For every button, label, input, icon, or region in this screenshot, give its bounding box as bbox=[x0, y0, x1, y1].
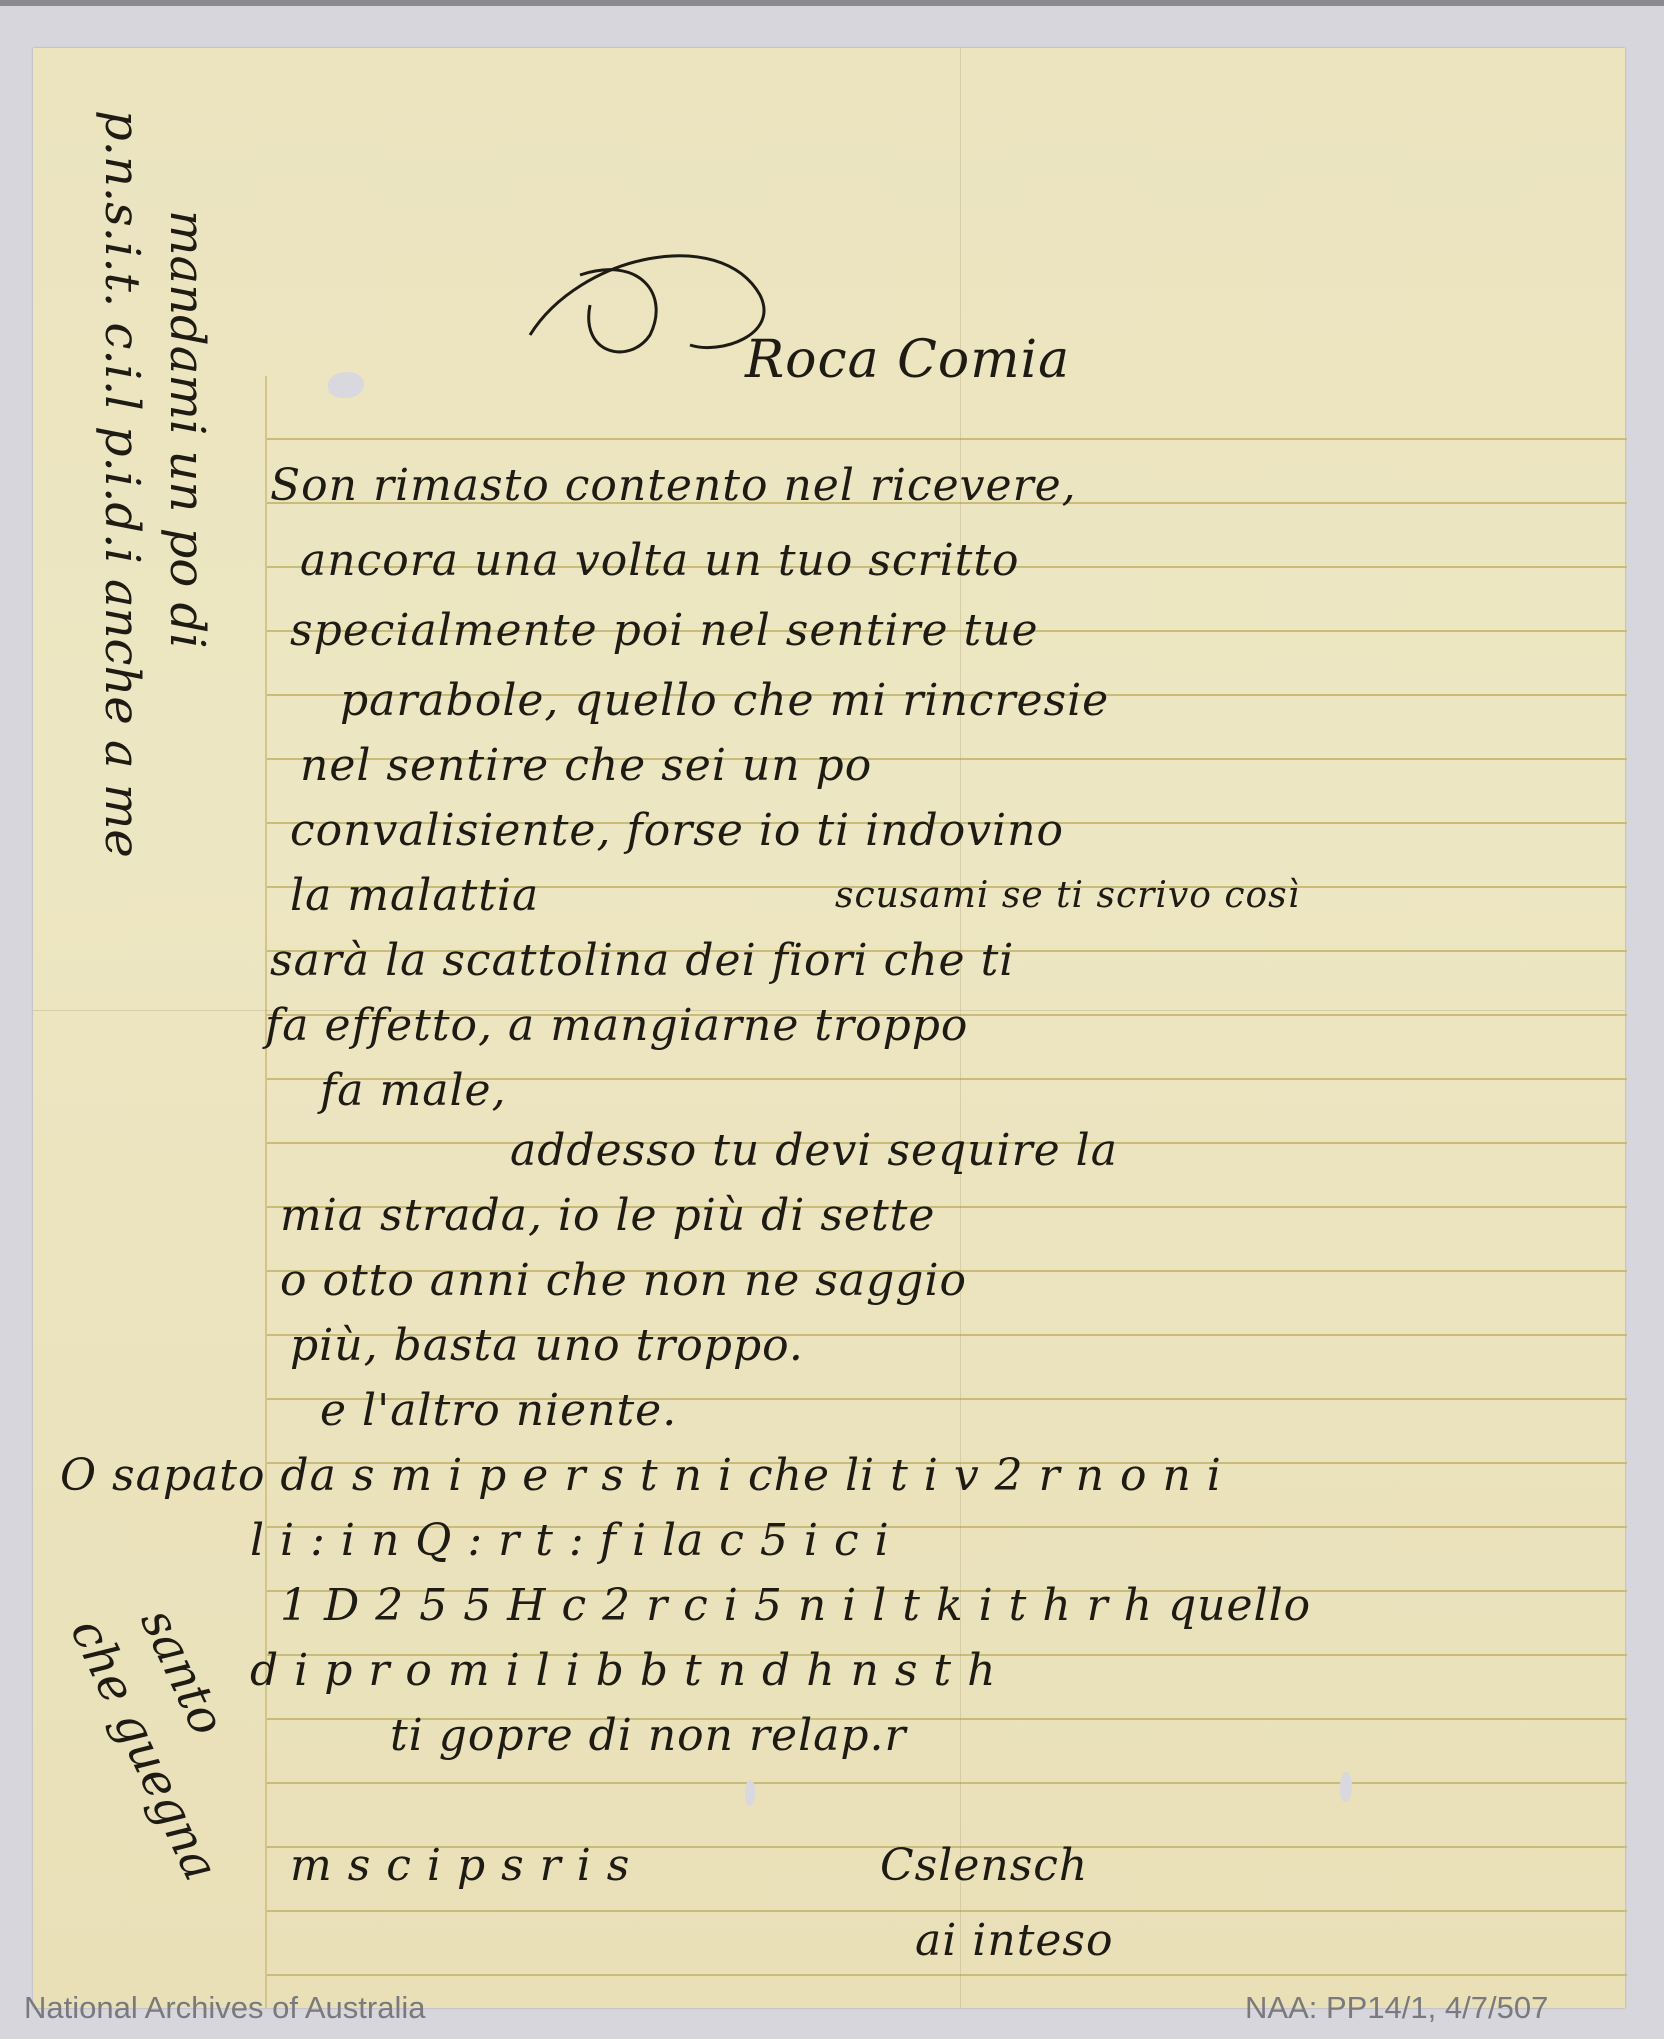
letter-line: O sapato da s m i p e r s t n i che li t… bbox=[60, 1450, 1222, 1501]
letter-line: 1 D 2 5 5 H c 2 r c i 5 n i l t k i t h … bbox=[280, 1580, 1311, 1631]
paper-hole bbox=[1340, 1772, 1352, 1802]
letter-line: o otto anni che non ne saggio bbox=[280, 1255, 967, 1306]
archive-reference: NAA: PP14/1, 4/7/507 bbox=[1245, 1990, 1548, 2026]
letter-heading: Roca Comia bbox=[745, 330, 1070, 390]
letter-line: Son rimasto contento nel ricevere, bbox=[270, 460, 1077, 511]
letter-line: più, basta uno troppo. bbox=[290, 1320, 804, 1371]
letter-line: fa effetto, a mangiarne troppo bbox=[265, 1000, 968, 1051]
letter-line: d i p r o m i l i b b t n d h n s t h bbox=[250, 1645, 996, 1696]
interlinear-note: scusami se ti scrivo così bbox=[835, 875, 1300, 916]
letter-line: specialmente poi nel sentire tue bbox=[290, 605, 1039, 656]
letter-line: mia strada, io le più di sette bbox=[280, 1190, 935, 1241]
letter-line: convalisiente, forse io ti indovino bbox=[290, 805, 1064, 856]
signature-cipher: Cslensch bbox=[880, 1840, 1088, 1891]
letter-line: ai inteso bbox=[915, 1915, 1114, 1966]
letter-line: fa male, bbox=[320, 1065, 507, 1116]
letter-line: parabole, quello che mi rincresie bbox=[340, 675, 1109, 726]
letter-line: nel sentire che sei un po bbox=[300, 740, 872, 791]
paper-hole bbox=[328, 372, 364, 398]
letter-line: ti gopre di non relap.r bbox=[390, 1710, 907, 1761]
letter-line: ancora una volta un tuo scritto bbox=[300, 535, 1020, 586]
letter-line: l i : i n Q : r t : f i la c 5 i c i bbox=[250, 1515, 890, 1566]
archive-name: National Archives of Australia bbox=[24, 1990, 426, 2026]
letter-line: addesso tu devi sequire la bbox=[510, 1125, 1118, 1176]
letter-line: la malattia bbox=[290, 870, 539, 921]
letter-line: m s c i p s r i s bbox=[290, 1840, 630, 1891]
letter-line: sarà la scattolina dei fiori che ti bbox=[270, 935, 1014, 986]
letter-line: e l'altro niente. bbox=[320, 1385, 677, 1436]
margin-note: p.n.s.i.t. c.i.l p.i.d.i anche a me bbox=[94, 110, 150, 858]
scan-top-edge bbox=[0, 0, 1664, 6]
paper-hole bbox=[745, 1780, 755, 1806]
margin-note: mandami un po di bbox=[159, 210, 215, 649]
